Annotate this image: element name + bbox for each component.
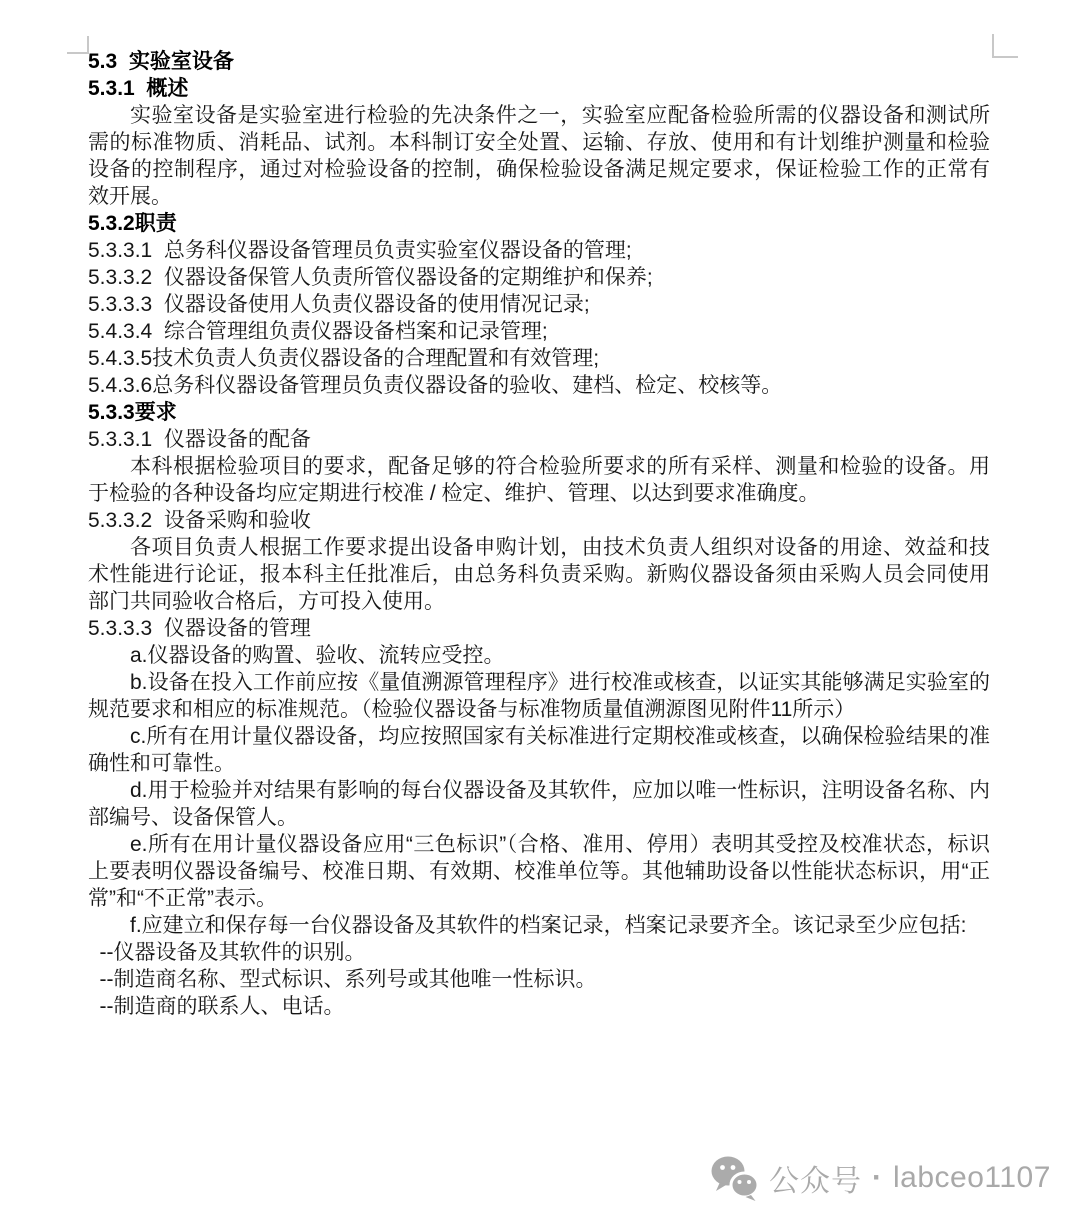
clause-line: 5.4.3.5技术负责人负责仪器设备的合理配置和有效管理; bbox=[88, 345, 990, 372]
clause-line: 5.3.3.2 仪器设备保管人负责所管仪器设备的定期维护和保养; bbox=[88, 264, 990, 291]
clause-line: 5.4.3.4 综合管理组负责仪器设备档案和记录管理; bbox=[88, 318, 990, 345]
clause-line: 5.3.3.3 仪器设备的管理 bbox=[88, 615, 990, 642]
section-heading: 5.3.3要求 bbox=[88, 399, 990, 426]
clause-line: 5.3.3.1 总务科仪器设备管理员负责实验室仪器设备的管理; bbox=[88, 237, 990, 264]
wechat-watermark: 公众号 · labceo1107 bbox=[710, 1155, 1051, 1201]
section-heading: 5.3.2职责 bbox=[88, 210, 990, 237]
dash-list-item: --仪器设备及其软件的识别。 bbox=[88, 939, 990, 966]
document-page: 5.3 实验室设备5.3.1 概述实验室设备是实验室进行检验的先决条件之一，实验… bbox=[0, 0, 1080, 1222]
body-paragraph: f.应建立和保存每一台仪器设备及其软件的档案记录，档案记录要齐全。该记录至少应包… bbox=[88, 912, 990, 939]
body-paragraph: a.仪器设备的购置、验收、流转应受控。 bbox=[88, 642, 990, 669]
clause-line: 5.3.3.1 仪器设备的配备 bbox=[88, 426, 990, 453]
text-boundary-mark-top-right bbox=[992, 34, 1018, 58]
document-content: 5.3 实验室设备5.3.1 概述实验室设备是实验室进行检验的先决条件之一，实验… bbox=[88, 48, 990, 1020]
text-boundary-mark-top-left bbox=[67, 36, 89, 54]
watermark-account: labceo1107 bbox=[893, 1161, 1051, 1195]
dash-list-item: --制造商的联系人、电话。 bbox=[88, 993, 990, 1020]
watermark-separator: · bbox=[872, 1161, 883, 1195]
wechat-icon bbox=[710, 1155, 760, 1201]
clause-line: 5.4.3.6总务科仪器设备管理员负责仪器设备的验收、建档、检定、校核等。 bbox=[88, 372, 990, 399]
watermark-label: 公众号 bbox=[769, 1156, 862, 1200]
body-paragraph: 各项目负责人根据工作要求提出设备申购计划，由技术负责人组织对设备的用途、效益和技… bbox=[88, 534, 990, 615]
body-paragraph: d.用于检验并对结果有影响的每台仪器设备及其软件，应加以唯一性标识，注明设备名称… bbox=[88, 777, 990, 831]
clause-line: 5.3.3.3 仪器设备使用人负责仪器设备的使用情况记录; bbox=[88, 291, 990, 318]
body-paragraph: 实验室设备是实验室进行检验的先决条件之一，实验室应配备检验所需的仪器设备和测试所… bbox=[88, 102, 990, 210]
body-paragraph: b.设备在投入工作前应按《量值溯源管理程序》进行校准或核查，以证实其能够满足实验… bbox=[88, 669, 990, 723]
body-paragraph: e.所有在用计量仪器设备应用“三色标识”（合格、准用、停用）表明其受控及校准状态… bbox=[88, 831, 990, 912]
body-paragraph: 本科根据检验项目的要求，配备足够的符合检验所要求的所有采样、测量和检验的设备。用… bbox=[88, 453, 990, 507]
section-heading: 5.3.1 概述 bbox=[88, 75, 990, 102]
body-paragraph: c.所有在用计量仪器设备，均应按照国家有关标准进行定期校准或核查，以确保检验结果… bbox=[88, 723, 990, 777]
clause-line: 5.3.3.2 设备采购和验收 bbox=[88, 507, 990, 534]
dash-list-item: --制造商名称、型式标识、系列号或其他唯一性标识。 bbox=[88, 966, 990, 993]
section-heading: 5.3 实验室设备 bbox=[88, 48, 990, 75]
